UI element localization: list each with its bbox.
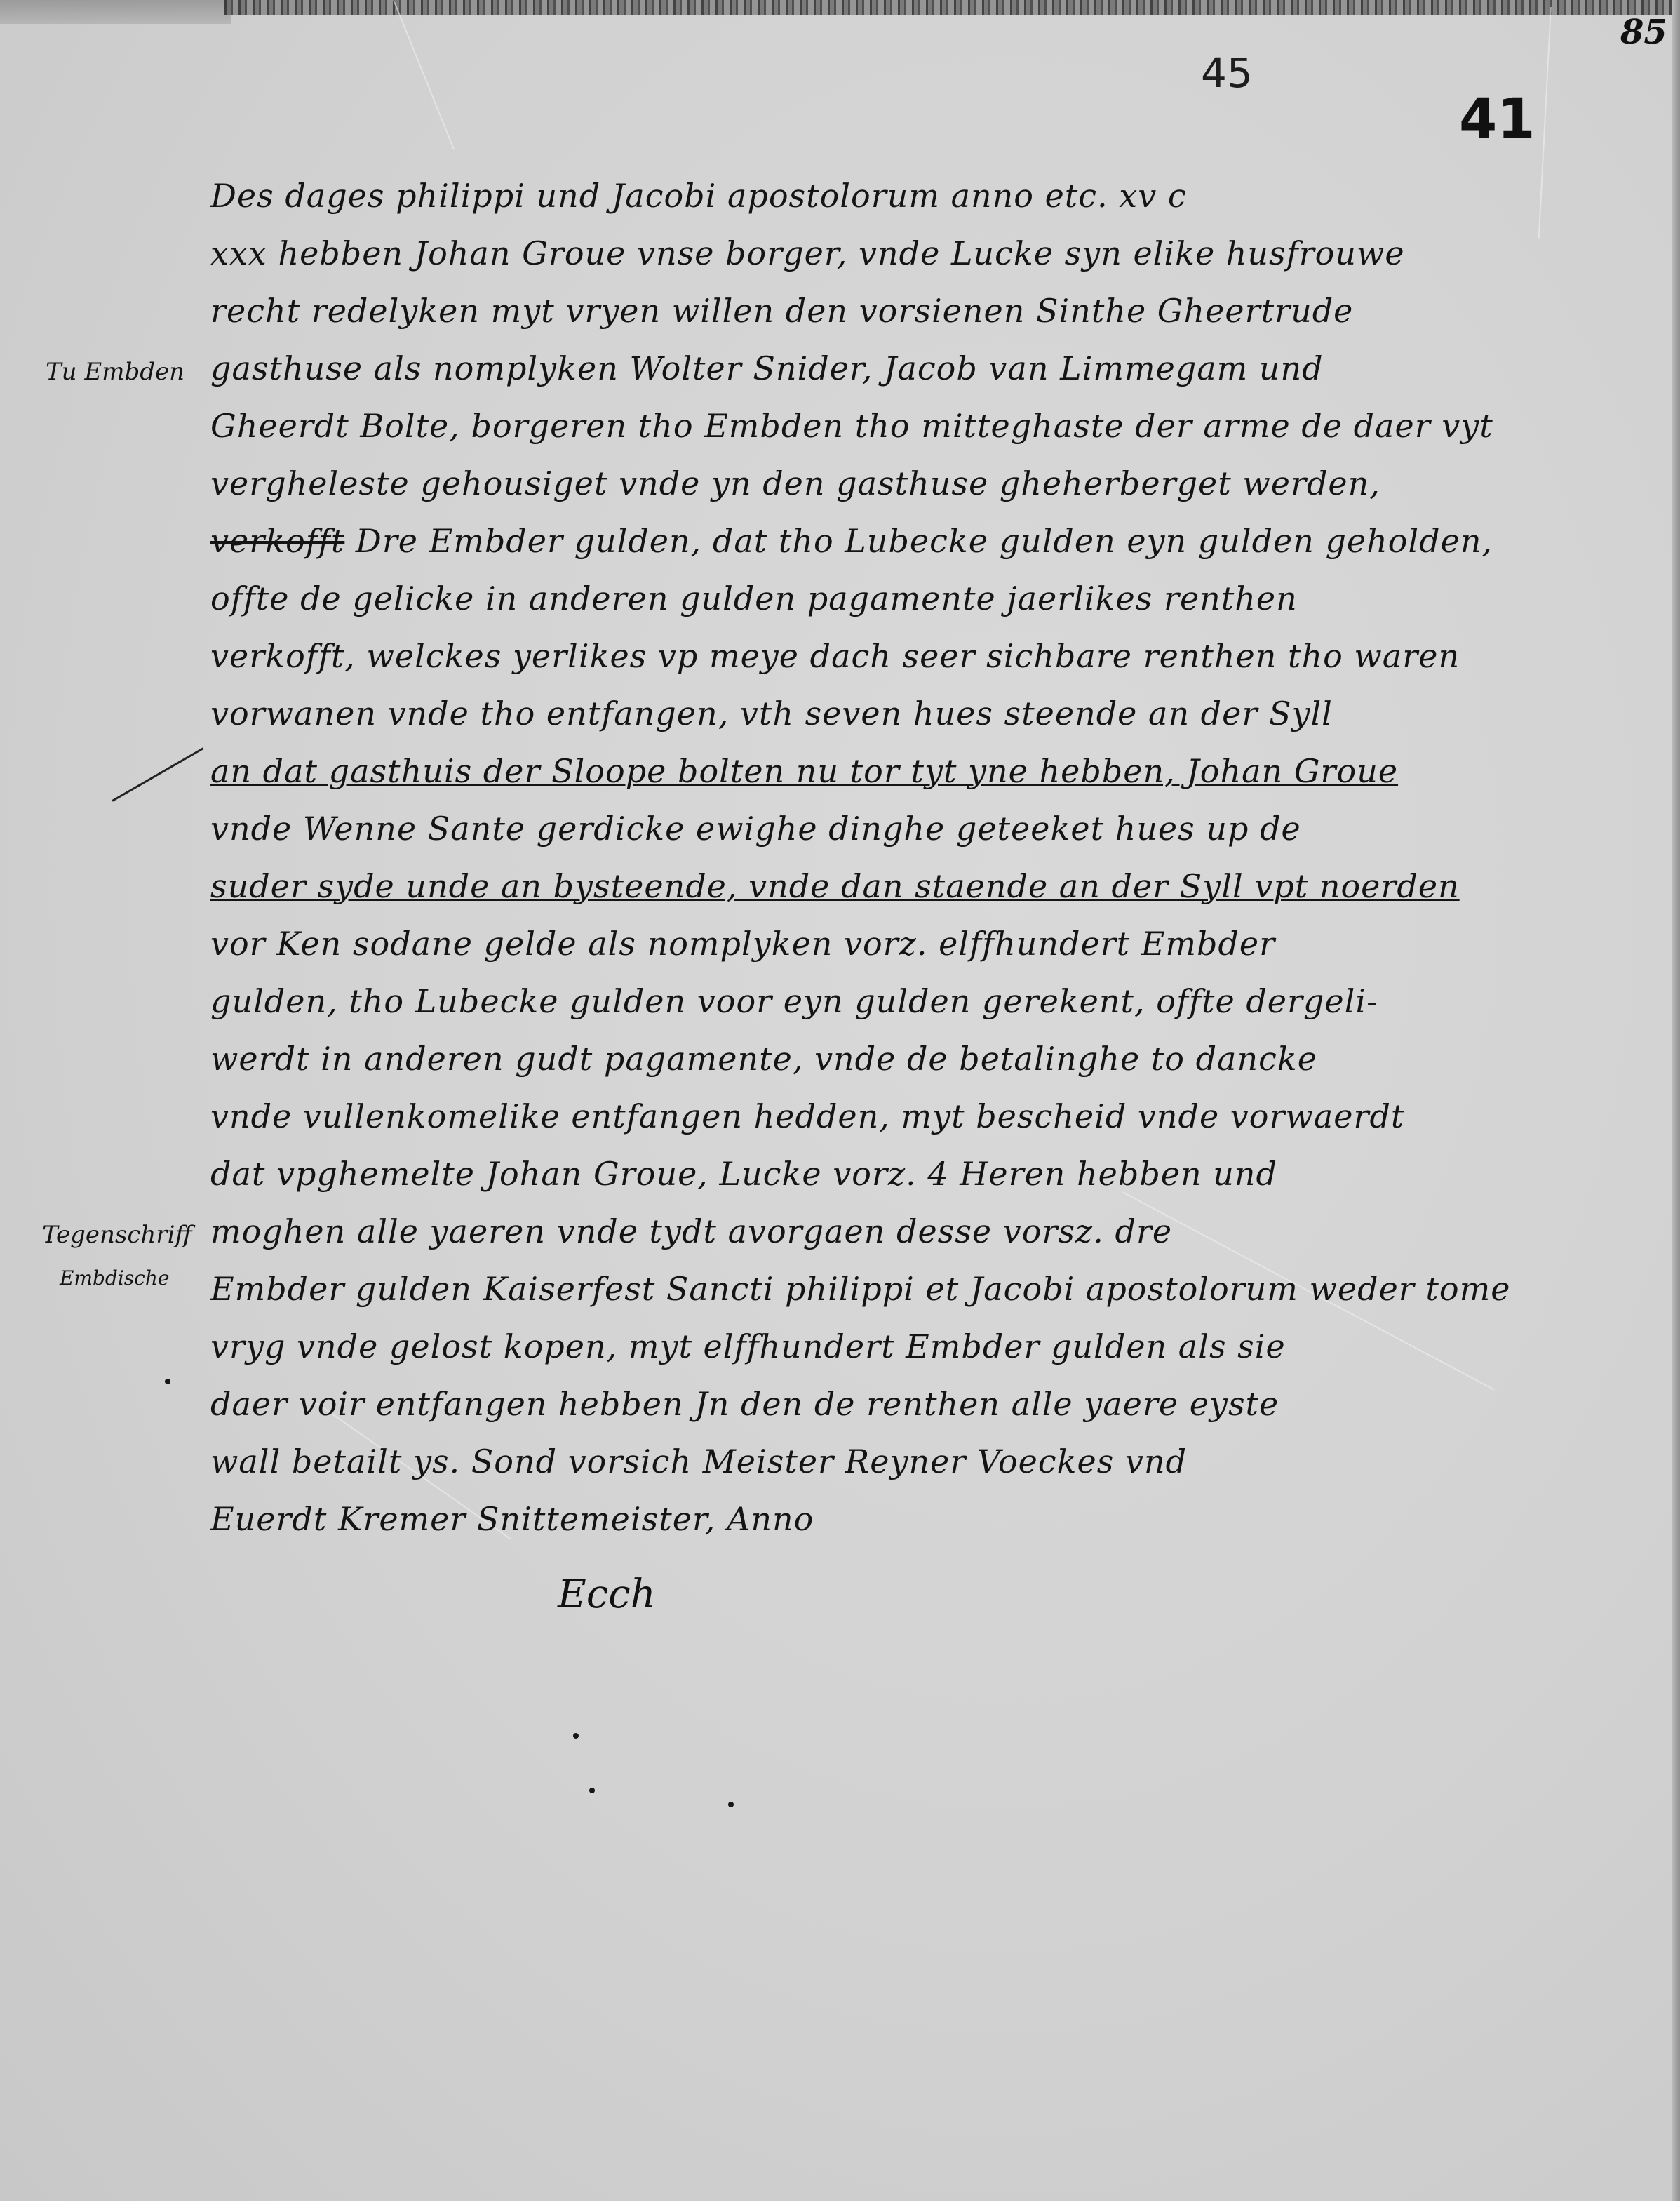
- text-line: vnde Wenne Sante gerdicke ewighe dinghe …: [210, 800, 1571, 857]
- signature: Ecch: [558, 1572, 656, 1617]
- film-scratch: [393, 0, 455, 149]
- text-line: recht redelyken myt vryen willen den vor…: [210, 282, 1571, 340]
- text-line: daer voir entfangen hebben Jn den de ren…: [210, 1375, 1571, 1433]
- folio-number-main: 41: [1459, 88, 1535, 151]
- text-line: xxx hebben Johan Groue vnse borger, vnde…: [210, 225, 1571, 282]
- scan-edge-right: [1672, 0, 1680, 2201]
- margin-note: Tegenschriff: [42, 1221, 192, 1249]
- text-line: gulden, tho Lubecke gulden voor eyn guld…: [210, 972, 1571, 1030]
- text-line: vryg vnde gelost kopen, myt elffhundert …: [210, 1318, 1571, 1375]
- margin-note: Embdische: [60, 1266, 169, 1290]
- text-line: Des dages philippi und Jacobi apostoloru…: [210, 167, 1571, 225]
- margin-pointer-mark: [112, 747, 203, 802]
- ink-dot: [728, 1802, 734, 1807]
- text-line: Embder gulden Kaiserfest Sancti philippi…: [210, 1260, 1571, 1318]
- text-line: vor Ken sodane gelde als nomplyken vorz.…: [210, 915, 1571, 972]
- text-line-underlined: suder syde unde an bysteende, vnde dan s…: [210, 857, 1571, 915]
- text-line: vnde vullenkomelike entfangen hedden, my…: [210, 1088, 1571, 1145]
- text-line: wall betailt ys. Sond vorsich Meister Re…: [210, 1433, 1571, 1490]
- folio-number-corner: 85: [1620, 13, 1667, 52]
- scan-edge-top: [224, 0, 1680, 15]
- ink-dot: [165, 1379, 170, 1384]
- text-line: gasthuse als nomplyken Wolter Snider, Ja…: [210, 340, 1571, 397]
- struck-word: verkofft: [210, 522, 344, 560]
- text-line: offte de gelicke in anderen gulden pagam…: [210, 570, 1571, 627]
- text-line: Euerdt Kremer Snittemeister, Anno: [210, 1490, 1571, 1548]
- text-line-underlined: an dat gasthuis der Sloope bolten nu tor…: [210, 742, 1571, 800]
- text-line: Gheerdt Bolte, borgeren tho Embden tho m…: [210, 397, 1571, 455]
- text-line: vergheleste gehousiget vnde yn den gasth…: [210, 455, 1571, 512]
- ink-dot: [589, 1788, 595, 1793]
- text-line: verkofft, welckes yerlikes vp meye dach …: [210, 627, 1571, 685]
- manuscript-page: 45 41 85 Tu Embden Tegenschriff Embdisch…: [0, 0, 1680, 2201]
- text-line-with-strikeout: verkofft Dre Embder gulden, dat tho Lube…: [210, 512, 1571, 570]
- text-line: vorwanen vnde tho entfangen, vth seven h…: [210, 685, 1571, 742]
- manuscript-body: Des dages philippi und Jacobi apostoloru…: [210, 167, 1571, 1548]
- text-line: dat vpghemelte Johan Groue, Lucke vorz. …: [210, 1145, 1571, 1203]
- scan-edge-left: [0, 0, 231, 24]
- margin-note: Tu Embden: [46, 358, 184, 386]
- text-line: moghen alle yaeren vnde tydt avorgaen de…: [210, 1203, 1571, 1260]
- text-line: werdt in anderen gudt pagamente, vnde de…: [210, 1030, 1571, 1088]
- ink-dot: [573, 1733, 579, 1739]
- folio-number-pencil: 45: [1201, 49, 1253, 97]
